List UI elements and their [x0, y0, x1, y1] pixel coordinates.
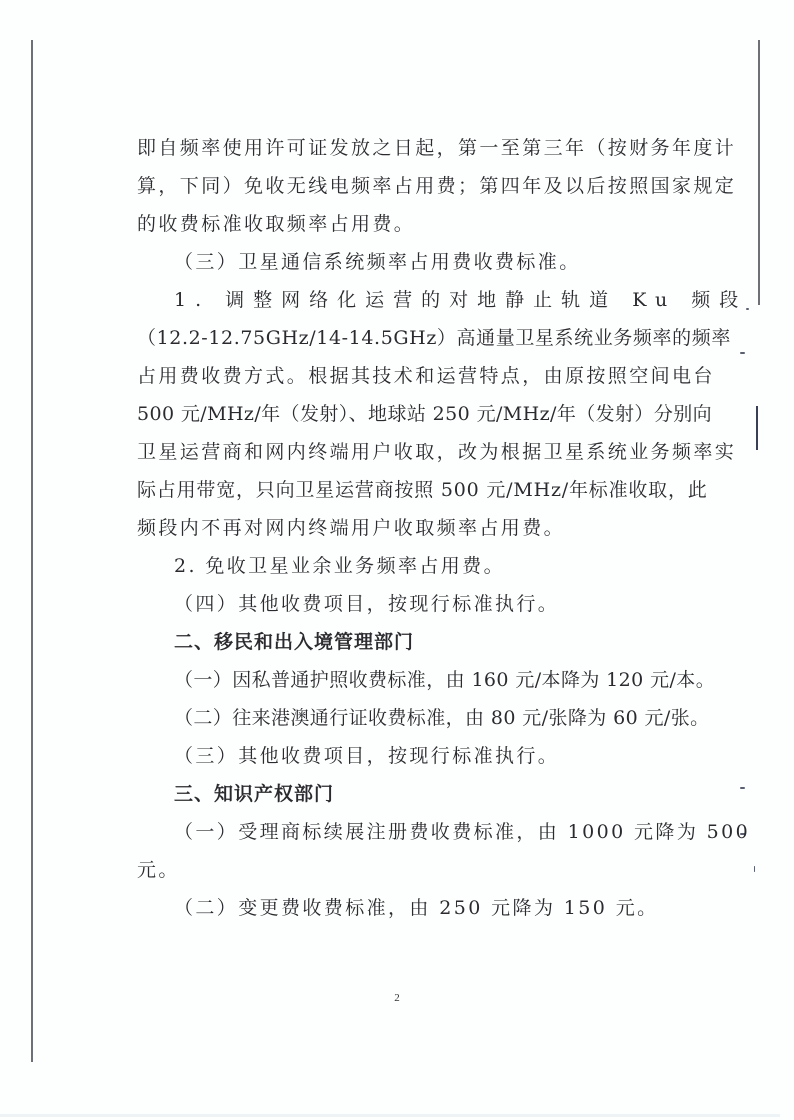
left-scan-edge-line [31, 40, 33, 1062]
subheading-satellite-fees: （三）卫星通信系统频率占用费收费标准。 [137, 243, 647, 281]
body-line: 即自频率使用许可证发放之日起，第一至第三年（按财务年度计 [137, 129, 647, 167]
body-line: 1. 调整网络化运营的对地静止轨道 Ku 频段 [137, 281, 647, 319]
body-line: 2. 免收卫星业余业务频率占用费。 [137, 547, 647, 585]
scan-speck [740, 352, 745, 354]
body-line: （一）因私普通护照收费标准，由 160 元/本降为 120 元/本。 [137, 661, 647, 699]
scan-speck [754, 866, 755, 872]
page-number: 2 [0, 992, 794, 1004]
body-line: 元。 [137, 851, 647, 889]
scan-speck [740, 787, 745, 789]
body-line: 卫星运营商和网内终端用户收取，改为根据卫星系统业务频率实 [137, 433, 647, 471]
right-scan-edge-line [758, 40, 760, 305]
scan-bottom-edge [0, 1114, 780, 1117]
body-line: 500 元/MHz/年（发射）、地球站 250 元/MHz/年（发射）分别向 [137, 395, 647, 433]
section-heading-intellectual-property: 三、知识产权部门 [137, 775, 647, 813]
body-line: （四）其他收费项目，按现行标准执行。 [137, 585, 647, 623]
body-line: 占用费收费方式。根据其技术和运营特点，由原按照空间电台 [137, 357, 647, 395]
body-line: （三）其他收费项目，按现行标准执行。 [137, 737, 647, 775]
body-line: （12.2-12.75GHz/14-14.5GHz）高通量卫星系统业务频率的频率 [137, 319, 647, 357]
right-scan-edge-mark [756, 406, 758, 450]
section-heading-immigration: 二、移民和出入境管理部门 [137, 623, 647, 661]
body-line: 频段内不再对网内终端用户收取频率占用费。 [137, 509, 647, 547]
body-line: 的收费标准收取频率占用费。 [137, 205, 647, 243]
body-line: 算，下同）免收无线电频率占用费；第四年及以后按照国家规定 [137, 167, 647, 205]
body-line: （一）受理商标续展注册费收费标准，由 1000 元降为 500 [137, 813, 647, 851]
body-line: （二）变更费收费标准，由 250 元降为 150 元。 [137, 889, 647, 927]
document-page: 即自频率使用许可证发放之日起，第一至第三年（按财务年度计 算，下同）免收无线电频… [137, 129, 647, 927]
body-line: 际占用带宽，只向卫星运营商按照 500 元/MHz/年标准收取，此 [137, 471, 647, 509]
body-line: （二）往来港澳通行证收费标准，由 80 元/张降为 60 元/张。 [137, 699, 647, 737]
